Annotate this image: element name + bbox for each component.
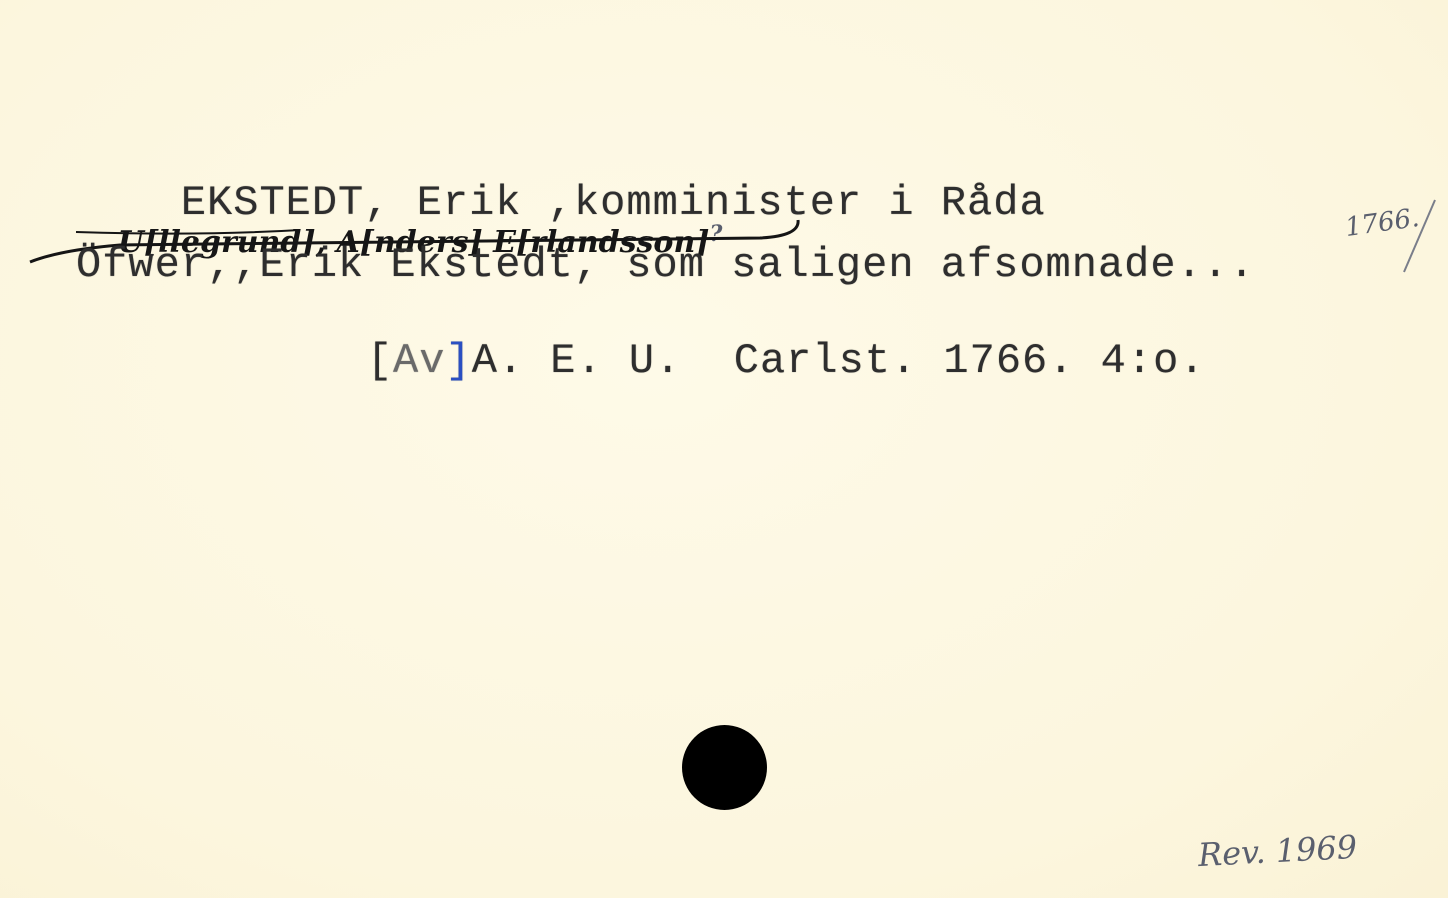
bracket-close: ] [445, 337, 471, 385]
imprint-line: [Av]A. E. U. Carlst. 1766. 4:o. [262, 298, 1205, 424]
catalog-card: EKSTEDT, Erik ,komminister i Råda U[lleg… [0, 0, 1448, 898]
imprint-place: Carlst. [734, 337, 917, 385]
bracket-content: Av [393, 337, 445, 385]
imprint-format: 4:o. [1101, 337, 1206, 385]
margin-year: 1766. [1344, 205, 1421, 241]
title-line: Öfwer,,Erik Ekstedt, som saligen afsomna… [76, 244, 1255, 286]
punch-hole [682, 725, 767, 810]
bracket-open: [ [367, 337, 393, 385]
imprint-year: 1766. [943, 337, 1074, 385]
author-initials: A. E. U. [472, 337, 682, 385]
revision-note: Rev. 1969 [1197, 831, 1358, 871]
